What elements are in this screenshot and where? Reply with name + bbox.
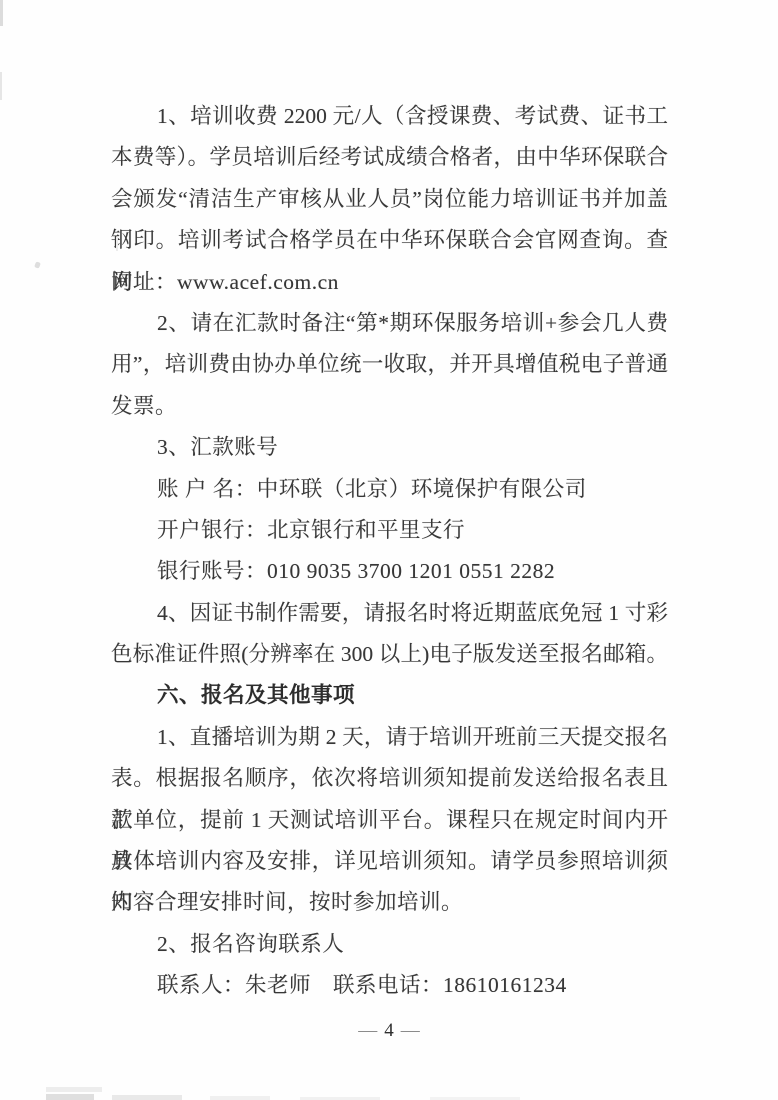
text-line: 会颁发“清洁生产审核从业人员”岗位能力培训证书并加盖 — [111, 179, 668, 220]
text-line: 钢印。培训考试合格学员在中华环保联合会官网查询。查询 — [111, 220, 668, 261]
text-line: 具体培训内容及安排，详见培训须知。请学员参照培训须知 — [111, 841, 668, 882]
scan-artifact — [0, 72, 2, 100]
text-line: 4、因证书制作需要，请报名时将近期蓝底免冠 1 寸彩 — [111, 593, 668, 634]
scan-artifact — [0, 0, 3, 26]
text-line: 表。根据报名顺序，依次将培训须知提前发送给报名表且汇 — [111, 758, 668, 799]
scan-artifact — [34, 261, 41, 268]
text-line: 账 户 名：中环联（北京）环境保护有限公司 — [111, 469, 668, 510]
text-line: 银行账号：010 9035 3700 1201 0551 2282 — [111, 551, 668, 592]
text-line: 六、报名及其他事项 — [111, 675, 668, 716]
page-number: 4 — [384, 1020, 394, 1041]
scan-artifact — [210, 1096, 270, 1100]
text-line: 开户银行：北京银行和平里支行 — [111, 510, 668, 551]
page-footer: —4— — [0, 1019, 778, 1043]
text-line: 网址：www.acef.com.cn — [111, 262, 668, 303]
text-line: 1、直播培训为期 2 天，请于培训开班前三天提交报名 — [111, 717, 668, 758]
text-line: 款单位，提前 1 天测试培训平台。课程只在规定时间内开放， — [111, 800, 668, 841]
document-content: 1、培训收费 2200 元/人（含授课费、考试费、证书工本费等）。学员培训后经考… — [111, 96, 668, 1007]
text-line: 色标准证件照(分辨率在 300 以上)电子版发送至报名邮箱。 — [111, 634, 668, 675]
text-line: 用”，培训费由协办单位统一收取，并开具增值税电子普通 — [111, 344, 668, 385]
footer-dash-left: — — [351, 1020, 384, 1041]
text-line: 2、请在汇款时备注“第*期环保服务培训+参会几人费 — [111, 303, 668, 344]
text-line: 3、汇款账号 — [111, 427, 668, 468]
document-page: 1、培训收费 2200 元/人（含授课费、考试费、证书工本费等）。学员培训后经考… — [0, 0, 778, 1100]
text-line: 联系人：朱老师 联系电话：18610161234 — [111, 965, 668, 1006]
text-line: 本费等）。学员培训后经考试成绩合格者，由中华环保联合 — [111, 137, 668, 178]
scan-artifact — [46, 1094, 94, 1100]
scan-artifact — [46, 1087, 102, 1092]
text-line: 2、报名咨询联系人 — [111, 924, 668, 965]
footer-dash-right: — — [394, 1020, 427, 1041]
text-line: 发票。 — [111, 386, 668, 427]
scan-artifact — [112, 1095, 182, 1100]
text-line: 1、培训收费 2200 元/人（含授课费、考试费、证书工 — [111, 96, 668, 137]
text-line: 内容合理安排时间，按时参加培训。 — [111, 882, 668, 923]
